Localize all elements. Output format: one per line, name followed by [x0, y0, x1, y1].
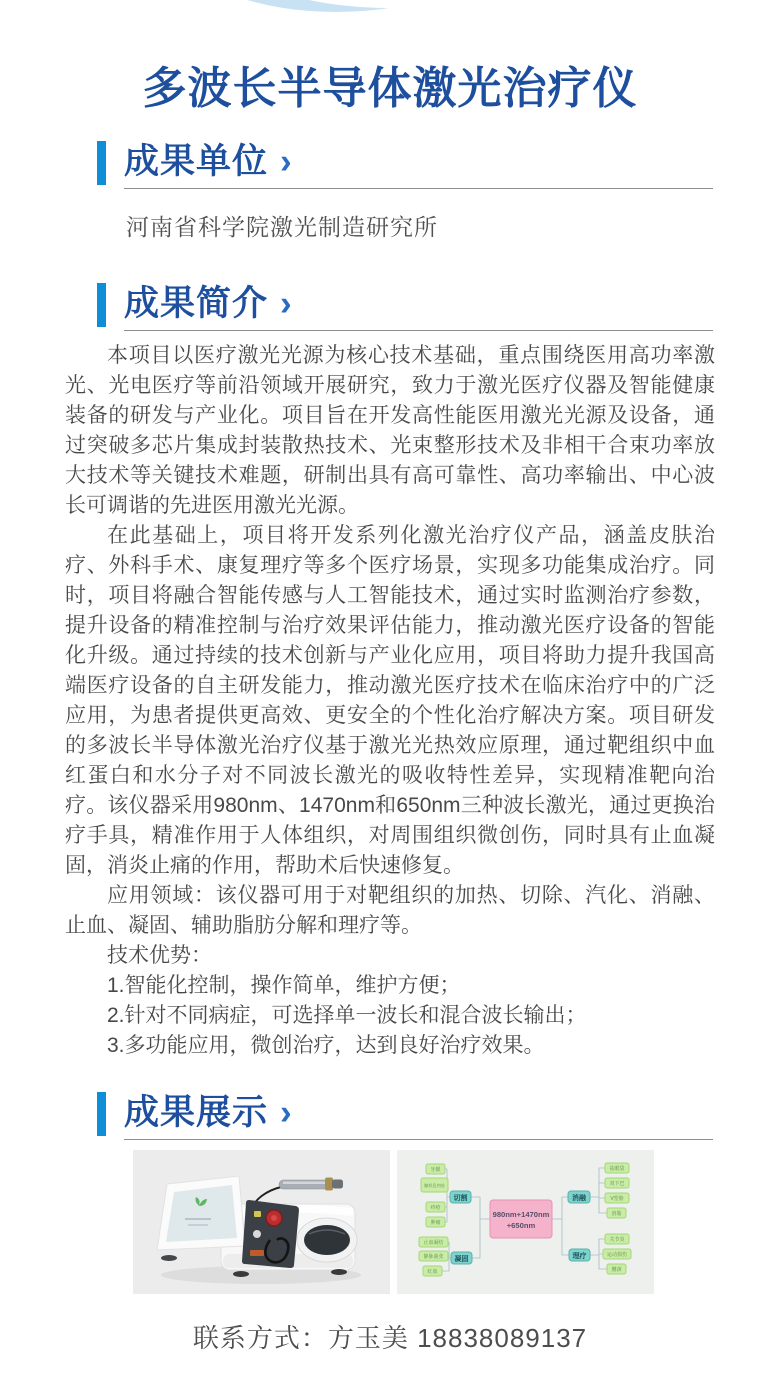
center-wavelengths-line2: +650nm: [507, 1221, 536, 1230]
tech-point-2: 2.针对不同病症，可选择单一波长和混合波长输出；: [65, 1001, 715, 1031]
section-accent-bar: [97, 283, 106, 327]
section-accent-bar: [97, 1092, 106, 1136]
section-header-display: 成果展示›: [97, 1090, 713, 1138]
leaf-label: 祛眼袋: [609, 1165, 624, 1172]
branch-label: 理疗: [573, 1251, 587, 1260]
device-photo-image: [133, 1150, 390, 1294]
section-underline: [124, 188, 713, 189]
branch-label: 切割: [454, 1193, 468, 1202]
leaf-label: 红血: [427, 1268, 437, 1275]
emergency-stop-center: [271, 1215, 277, 1221]
section-underline: [124, 330, 713, 331]
tech-point-1: 1.智能化控制，操作简单，维护方便；: [65, 971, 715, 1001]
section-title-text: 成果展示: [124, 1093, 268, 1132]
top-decorative-arc: [0, 0, 780, 16]
tech-point-3: 3.多功能应用，微创治疗，达到良好治疗效果。: [65, 1031, 715, 1061]
section-accent-bar: [97, 141, 106, 185]
leaf-label: 肿瘤: [430, 1219, 440, 1226]
leaf-label: 双下巴: [609, 1180, 624, 1187]
organization-name: 河南省科学院激光制造研究所: [126, 209, 438, 242]
branch-label: 消融: [572, 1193, 587, 1202]
key-switch: [253, 1230, 261, 1238]
leaf-label: 运动损伤: [607, 1251, 627, 1258]
mindmap-image: 980nm+1470nm +650nm 切割 凝固 消融 理疗 牙龈 腺样息肉处…: [397, 1150, 654, 1294]
leaf-label: 牙龈: [430, 1166, 440, 1173]
leaf-label: 止血凝结: [423, 1239, 443, 1246]
mindmap-center-node: 980nm+1470nm +650nm: [490, 1200, 552, 1238]
branch-label: 凝固: [455, 1254, 469, 1263]
tech-advantages-label: 技术优势：: [65, 941, 715, 971]
panel-sticker: [250, 1250, 264, 1256]
intro-paragraph-2: 在此基础上，项目将开发系列化激光治疗仪产品，涵盖皮肤治疗、外科手术、康复理疗等多…: [65, 521, 715, 881]
section-title-text: 成果单位: [124, 142, 268, 181]
application-mindmap: 980nm+1470nm +650nm 切割 凝固 消融 理疗 牙龈 腺样息肉处…: [397, 1150, 654, 1294]
section-title-display: 成果展示›: [124, 1090, 293, 1136]
leaf-label: 痔疮: [430, 1204, 440, 1211]
contact-info: 联系方式：方玉美 18838089137: [0, 1318, 780, 1355]
center-wavelengths-line1: 980nm+1470nm: [493, 1210, 550, 1219]
leaf-label: 关节炎: [609, 1236, 625, 1243]
section-underline: [124, 1139, 713, 1140]
device-photo: [133, 1150, 390, 1294]
section-title-unit: 成果单位›: [124, 139, 293, 185]
chevron-right-icon: ›: [280, 142, 293, 181]
leaf-label: 腺样息肉处: [424, 1182, 446, 1189]
leaf-label: 溶脂: [611, 1210, 621, 1217]
leaf-label: 静脉曲张: [423, 1253, 443, 1260]
section-header-unit: 成果单位›: [97, 139, 713, 187]
section-title-intro: 成果简介›: [124, 281, 293, 327]
chevron-right-icon: ›: [280, 1093, 293, 1132]
leaf-label: 腰颈: [611, 1266, 622, 1273]
section-title-text: 成果简介: [124, 284, 268, 323]
page-title: 多波长半导体激光治疗仪: [0, 52, 780, 116]
section-header-intro: 成果简介›: [97, 281, 713, 329]
leaf-label: V型脸: [610, 1195, 623, 1202]
intro-paragraph-1: 本项目以医疗激光光源为核心技术基础，重点围绕医用高功率激光、光电医疗等前沿领域开…: [65, 341, 715, 521]
warning-label: [254, 1211, 261, 1217]
intro-body: 本项目以医疗激光光源为核心技术基础，重点围绕医用高功率激光、光电医疗等前沿领域开…: [65, 341, 715, 1061]
chevron-right-icon: ›: [280, 284, 293, 323]
handpiece-holder: [297, 1218, 357, 1262]
application-fields-paragraph: 应用领域：该仪器可用于对靶组织的加热、切除、汽化、消融、止血、凝固、辅助脂肪分解…: [65, 881, 715, 941]
device-control-panel: [242, 1200, 299, 1268]
